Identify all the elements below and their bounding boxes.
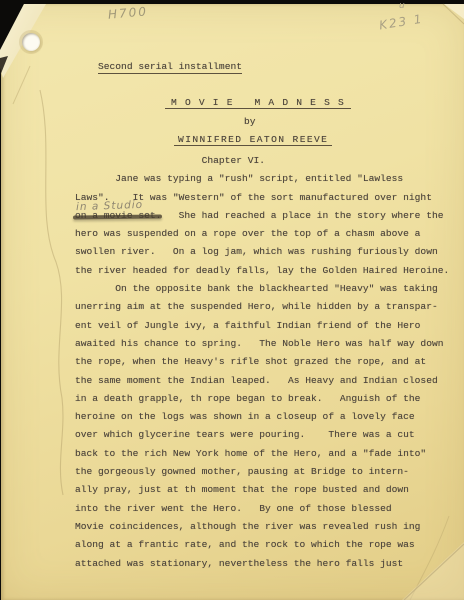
manuscript-photo: H700 u K23 1 in a Studio Second serial i… <box>0 0 464 600</box>
typed-line: On the opposite bank the blackhearted "H… <box>75 280 455 298</box>
typed-line: hero was suspended on a rope over the to… <box>75 225 455 243</box>
typed-line-text: heroine on the logs was shown in a close… <box>75 411 415 422</box>
typed-line: ent veil of Jungle ivy, a faithful India… <box>75 317 455 335</box>
pencil-tick-mark: u <box>399 1 405 11</box>
typed-line: over which glycerine tears were pouring.… <box>75 426 455 444</box>
typed-line: on a movie set. She had reached a place … <box>75 207 455 225</box>
typed-line-text: along at a frantic rate, and the rock to… <box>75 539 415 550</box>
typed-line-text: the rope, when the Heavy's rifle shot gr… <box>75 356 426 367</box>
typed-line-text: Laws". It was "Western" of the sort manu… <box>75 192 432 203</box>
typed-line: Jane was typing a "rush" script, entitle… <box>75 170 455 188</box>
installment-note-text: Second serial installment <box>98 61 242 74</box>
typed-line: Movie coincidences, although the river w… <box>75 518 455 536</box>
typed-line: attached was stationary, nevertheless th… <box>75 555 455 573</box>
typed-line: the same moment the Indian leaped. As He… <box>75 372 455 390</box>
typed-line: awaited his chance to spring. The Noble … <box>75 335 455 353</box>
typed-line: swollen river. On a log jam, which was r… <box>75 243 455 261</box>
typed-line-text: She had reached a place in the story whe… <box>161 210 443 221</box>
typed-line-text: ent veil of Jungle ivy, a faithful India… <box>75 320 420 331</box>
typed-line: Laws". It was "Western" of the sort manu… <box>75 189 455 207</box>
punch-hole <box>22 33 40 51</box>
typed-line-text: over which glycerine tears were pouring.… <box>75 429 415 440</box>
typed-line: heroine on the logs was shown in a close… <box>75 408 455 426</box>
typed-line: Chapter VI. <box>75 152 455 170</box>
typed-line-text: the same moment the Indian leaped. As He… <box>75 375 438 386</box>
typed-line-text: back to the rich New York home of the He… <box>75 448 426 459</box>
typed-line: back to the rich New York home of the He… <box>75 445 455 463</box>
typed-line-text: in a death grapple, th rope began to bre… <box>75 393 420 404</box>
typed-line: in a death grapple, th rope began to bre… <box>75 390 455 408</box>
typed-line-text: awaited his chance to spring. The Noble … <box>75 338 443 349</box>
typed-line: unerring aim at the suspended Hero, whil… <box>75 298 455 316</box>
struck-out-text: on a movie set. <box>75 207 161 225</box>
typed-line-text: On the opposite bank the blackhearted "H… <box>75 283 438 294</box>
typed-line-text: hero was suspended on a rope over the to… <box>75 228 420 239</box>
author-name-text: WINNIFRED EATON REEVE <box>174 134 332 146</box>
page-title-text: M O V I E M A D N E S S <box>165 97 351 109</box>
typed-line-text: Chapter VI. <box>75 155 265 166</box>
typed-line: the gorgeously gowned mother, pausing at… <box>75 463 455 481</box>
typed-line: into the river went the Hero. By one of … <box>75 500 455 518</box>
typed-line-text: the river headed for deadly falls, lay t… <box>75 265 449 276</box>
typed-line: the river headed for deadly falls, lay t… <box>75 262 455 280</box>
typed-line: ally pray, just at th moment that the ro… <box>75 481 455 499</box>
body-lines: Chapter VI. Jane was typing a "rush" scr… <box>75 152 455 573</box>
typed-line-text: swollen river. On a log jam, which was r… <box>75 246 438 257</box>
typed-line-text: ally pray, just at th moment that the ro… <box>75 484 409 495</box>
installment-note: Second serial installment <box>75 50 242 83</box>
typed-line: the rope, when the Heavy's rifle shot gr… <box>75 353 455 371</box>
typed-line-text: Movie coincidences, although the river w… <box>75 521 420 532</box>
typed-line-text: unerring aim at the suspended Hero, whil… <box>75 301 438 312</box>
typed-line-text: into the river went the Hero. By one of … <box>75 503 392 514</box>
typed-line-text: the gorgeously gowned mother, pausing at… <box>75 466 409 477</box>
typed-line: along at a frantic rate, and the rock to… <box>75 536 455 554</box>
typed-line-text: Jane was typing a "rush" script, entitle… <box>75 173 403 184</box>
typed-line-text: attached was stationary, nevertheless th… <box>75 558 403 569</box>
